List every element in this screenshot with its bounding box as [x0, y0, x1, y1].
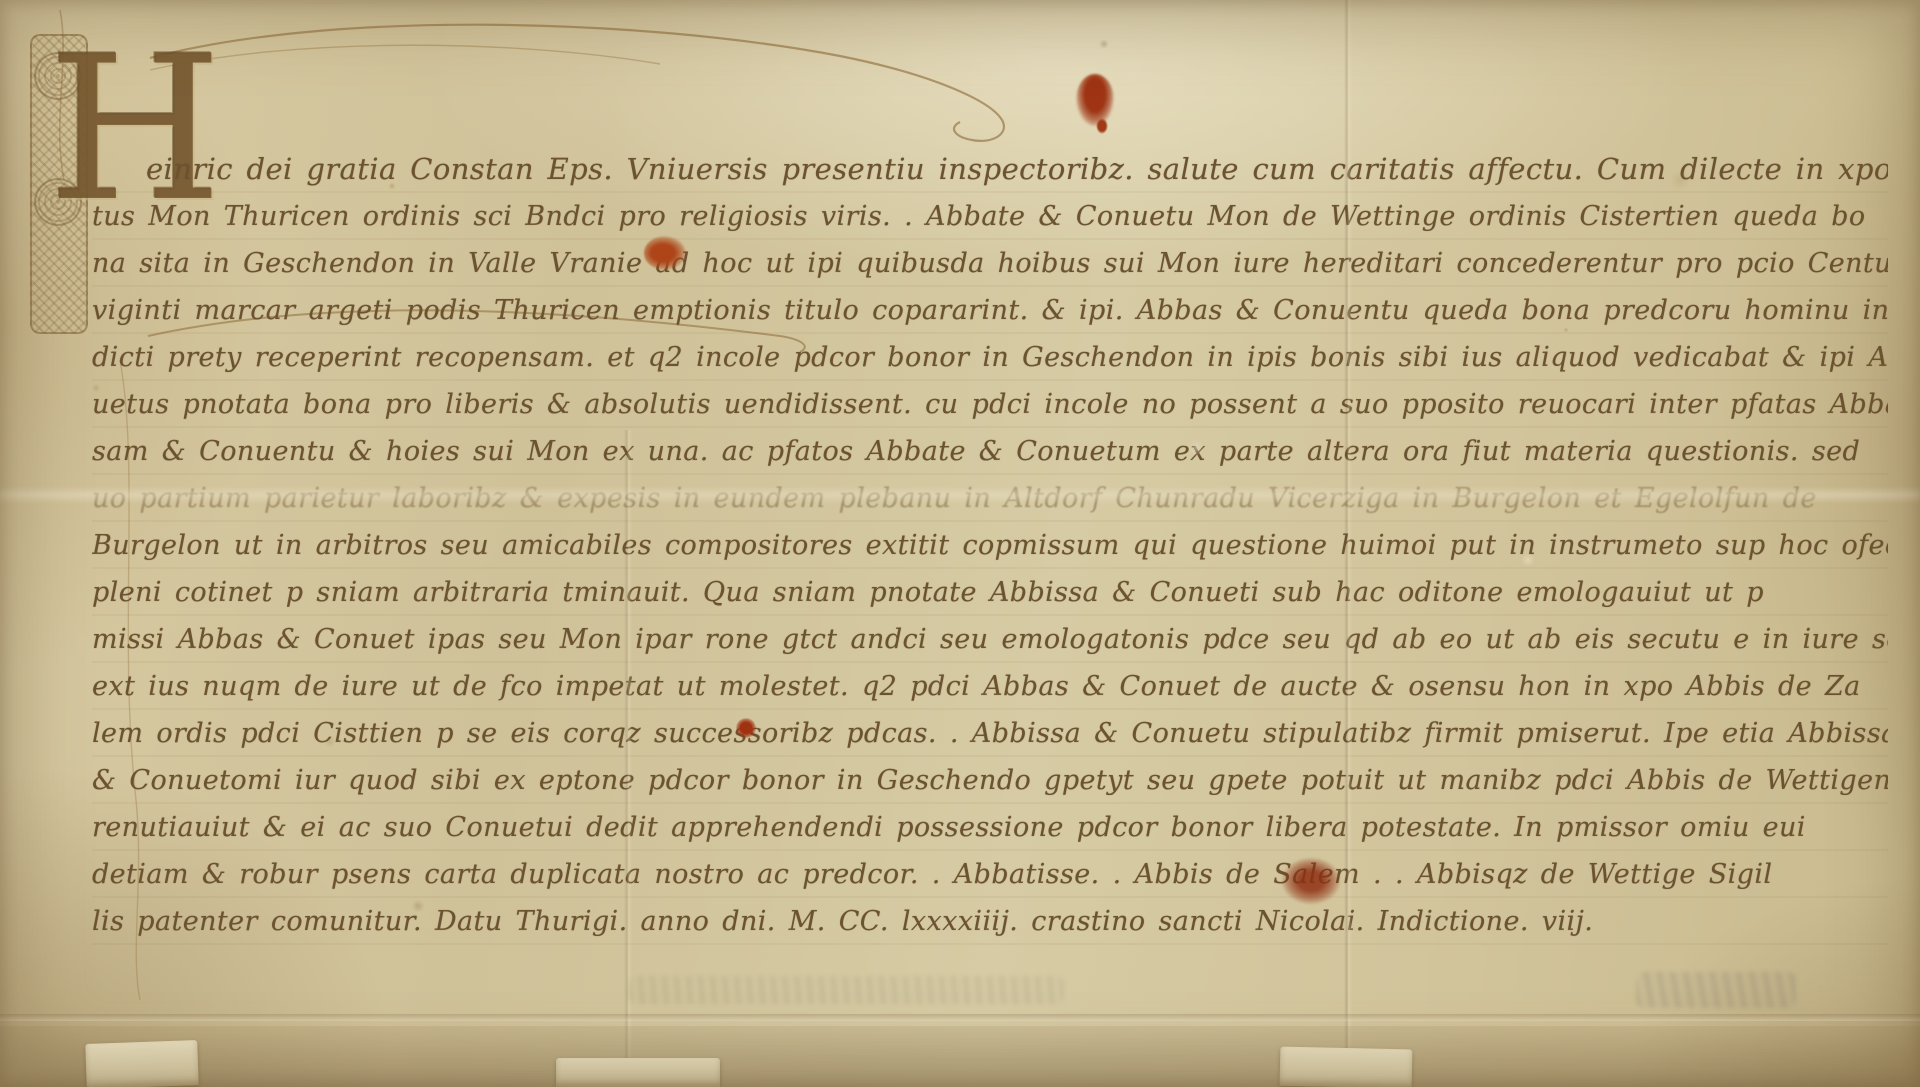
- parchment-tab: [85, 1040, 199, 1087]
- charter-line: viginti marcar argeti podis Thuricen emp…: [92, 287, 1888, 334]
- charter-line: uetus pnotata bona pro liberis & absolut…: [92, 381, 1888, 428]
- charter-line: sam & Conuentu & hoies sui Mon ex una. a…: [92, 428, 1888, 475]
- charter-line-faded: uo partium parietur laboribz & expesis i…: [92, 475, 1888, 522]
- charter-line: pleni cotinet p sniam arbitraria tminaui…: [92, 569, 1888, 616]
- charter-line: & Conuetomi iur quod sibi ex eptone pdco…: [92, 757, 1888, 804]
- charter-line: tus Mon Thuricen ordinis sci Bndci pro r…: [92, 193, 1888, 240]
- charter-line: lis patenter comunitur. Datu Thurigi. an…: [92, 898, 1888, 945]
- bottom-fold-crease: [0, 1014, 1920, 1021]
- charter-line: einric dei gratia Constan Eps. Vniuersis…: [92, 146, 1888, 193]
- charter-line: Burgelon ut in arbitros seu amicabiles c…: [92, 522, 1888, 569]
- charter-line: na sita in Geschendon in Valle Vranie ad…: [92, 240, 1888, 287]
- parchment-tab: [556, 1058, 720, 1087]
- charter-line: renutiauiut & ei ac suo Conuetui dedit a…: [92, 804, 1888, 851]
- red-wax-stain: [1076, 74, 1114, 126]
- charter-text-block: einric dei gratia Constan Eps. Vniuersis…: [92, 146, 1888, 945]
- red-wax-stain: [1096, 118, 1108, 134]
- faint-verso-showthrough: [628, 976, 1064, 1004]
- parchment-charter-photo: H einric dei gratia Constan Eps. Vniuers…: [0, 0, 1920, 1087]
- plica-fold-strip: [0, 1026, 1920, 1087]
- parchment-tab: [1280, 1047, 1413, 1087]
- charter-line: dicti prety receperint recopensam. et q2…: [92, 334, 1888, 381]
- charter-line: detiam & robur psens carta duplicata nos…: [92, 851, 1888, 898]
- charter-line: missi Abbas & Conuet ipas seu Mon ipar r…: [92, 616, 1888, 663]
- charter-line: ext ius nuqm de iure ut de fco impetat u…: [92, 663, 1888, 710]
- charter-line: lem ordis pdci Cisttien p se eis corqz s…: [92, 710, 1888, 757]
- faint-verso-showthrough: [1636, 972, 1796, 1008]
